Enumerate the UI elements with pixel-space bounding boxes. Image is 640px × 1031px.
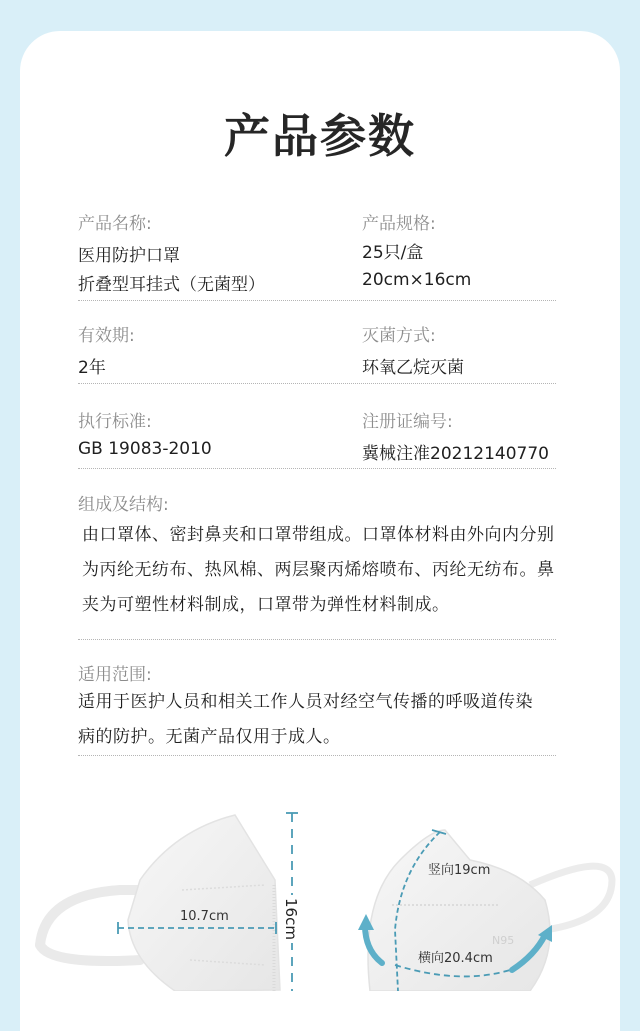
product-name-line1: 医用防护口罩 — [78, 241, 180, 266]
registration-label: 注册证编号: — [362, 407, 453, 432]
front-mask-image: N95 — [368, 830, 612, 991]
scope-label: 适用范围: — [78, 660, 152, 685]
n95-mark: N95 — [492, 934, 514, 947]
divider — [78, 300, 556, 301]
validity-label: 有效期: — [78, 321, 135, 346]
sterilization-label: 灭菌方式: — [362, 321, 436, 346]
vertical-dimension-label: 竖向19cm — [428, 862, 490, 878]
divider — [78, 639, 556, 640]
standard-label: 执行标准: — [78, 407, 152, 432]
left-background-edge — [0, 780, 20, 991]
page-title: 产品参数 — [0, 100, 640, 166]
composition-line: 由口罩体、密封鼻夹和口罩带组成。口罩体材料由外向内分别 — [82, 518, 555, 553]
scope-line: 病的防护。无菌产品仅用于成人。 — [78, 720, 533, 755]
divider — [78, 468, 556, 469]
composition-line: 夹为可塑性材料制成，口罩带为弹性材料制成。 — [82, 588, 555, 623]
composition-line: 为丙纶无纺布、热风棉、两层聚丙烯熔喷布、丙纶无纺布。鼻 — [82, 553, 555, 588]
registration-value: 冀械注准20212140770 — [362, 439, 549, 464]
sterilization-value: 环氧乙烷灭菌 — [362, 353, 464, 378]
product-spec-line1: 25只/盒 — [362, 238, 423, 263]
composition-text: 由口罩体、密封鼻夹和口罩带组成。口罩体材料由外向内分别 为丙纶无纺布、热风棉、两… — [82, 518, 555, 623]
right-background-edge — [620, 780, 640, 991]
width-dimension-label: 10.7cm — [180, 909, 229, 924]
side-mask-image — [40, 815, 280, 991]
scope-line: 适用于医护人员和相关工作人员对经空气传播的呼吸道传染 — [78, 685, 533, 720]
divider — [78, 755, 556, 756]
product-name-line2: 折叠型耳挂式（无菌型） — [78, 270, 265, 295]
product-spec-line2: 20cm×16cm — [362, 270, 471, 290]
product-name-label: 产品名称: — [78, 209, 152, 234]
product-spec-label: 产品规格: — [362, 209, 436, 234]
standard-value: GB 19083-2010 — [78, 439, 212, 459]
height-dimension-label: 16cm — [282, 898, 300, 940]
divider — [78, 383, 556, 384]
mask-dimension-illustration: 10.7cm 16cm N95 竖向19cm 横向20.4cm — [0, 790, 640, 991]
composition-label: 组成及结构: — [78, 490, 169, 515]
scope-text: 适用于医护人员和相关工作人员对经空气传播的呼吸道传染 病的防护。无菌产品仅用于成… — [78, 685, 533, 755]
validity-value: 2年 — [78, 353, 106, 378]
horizontal-dimension-label: 横向20.4cm — [418, 950, 493, 966]
